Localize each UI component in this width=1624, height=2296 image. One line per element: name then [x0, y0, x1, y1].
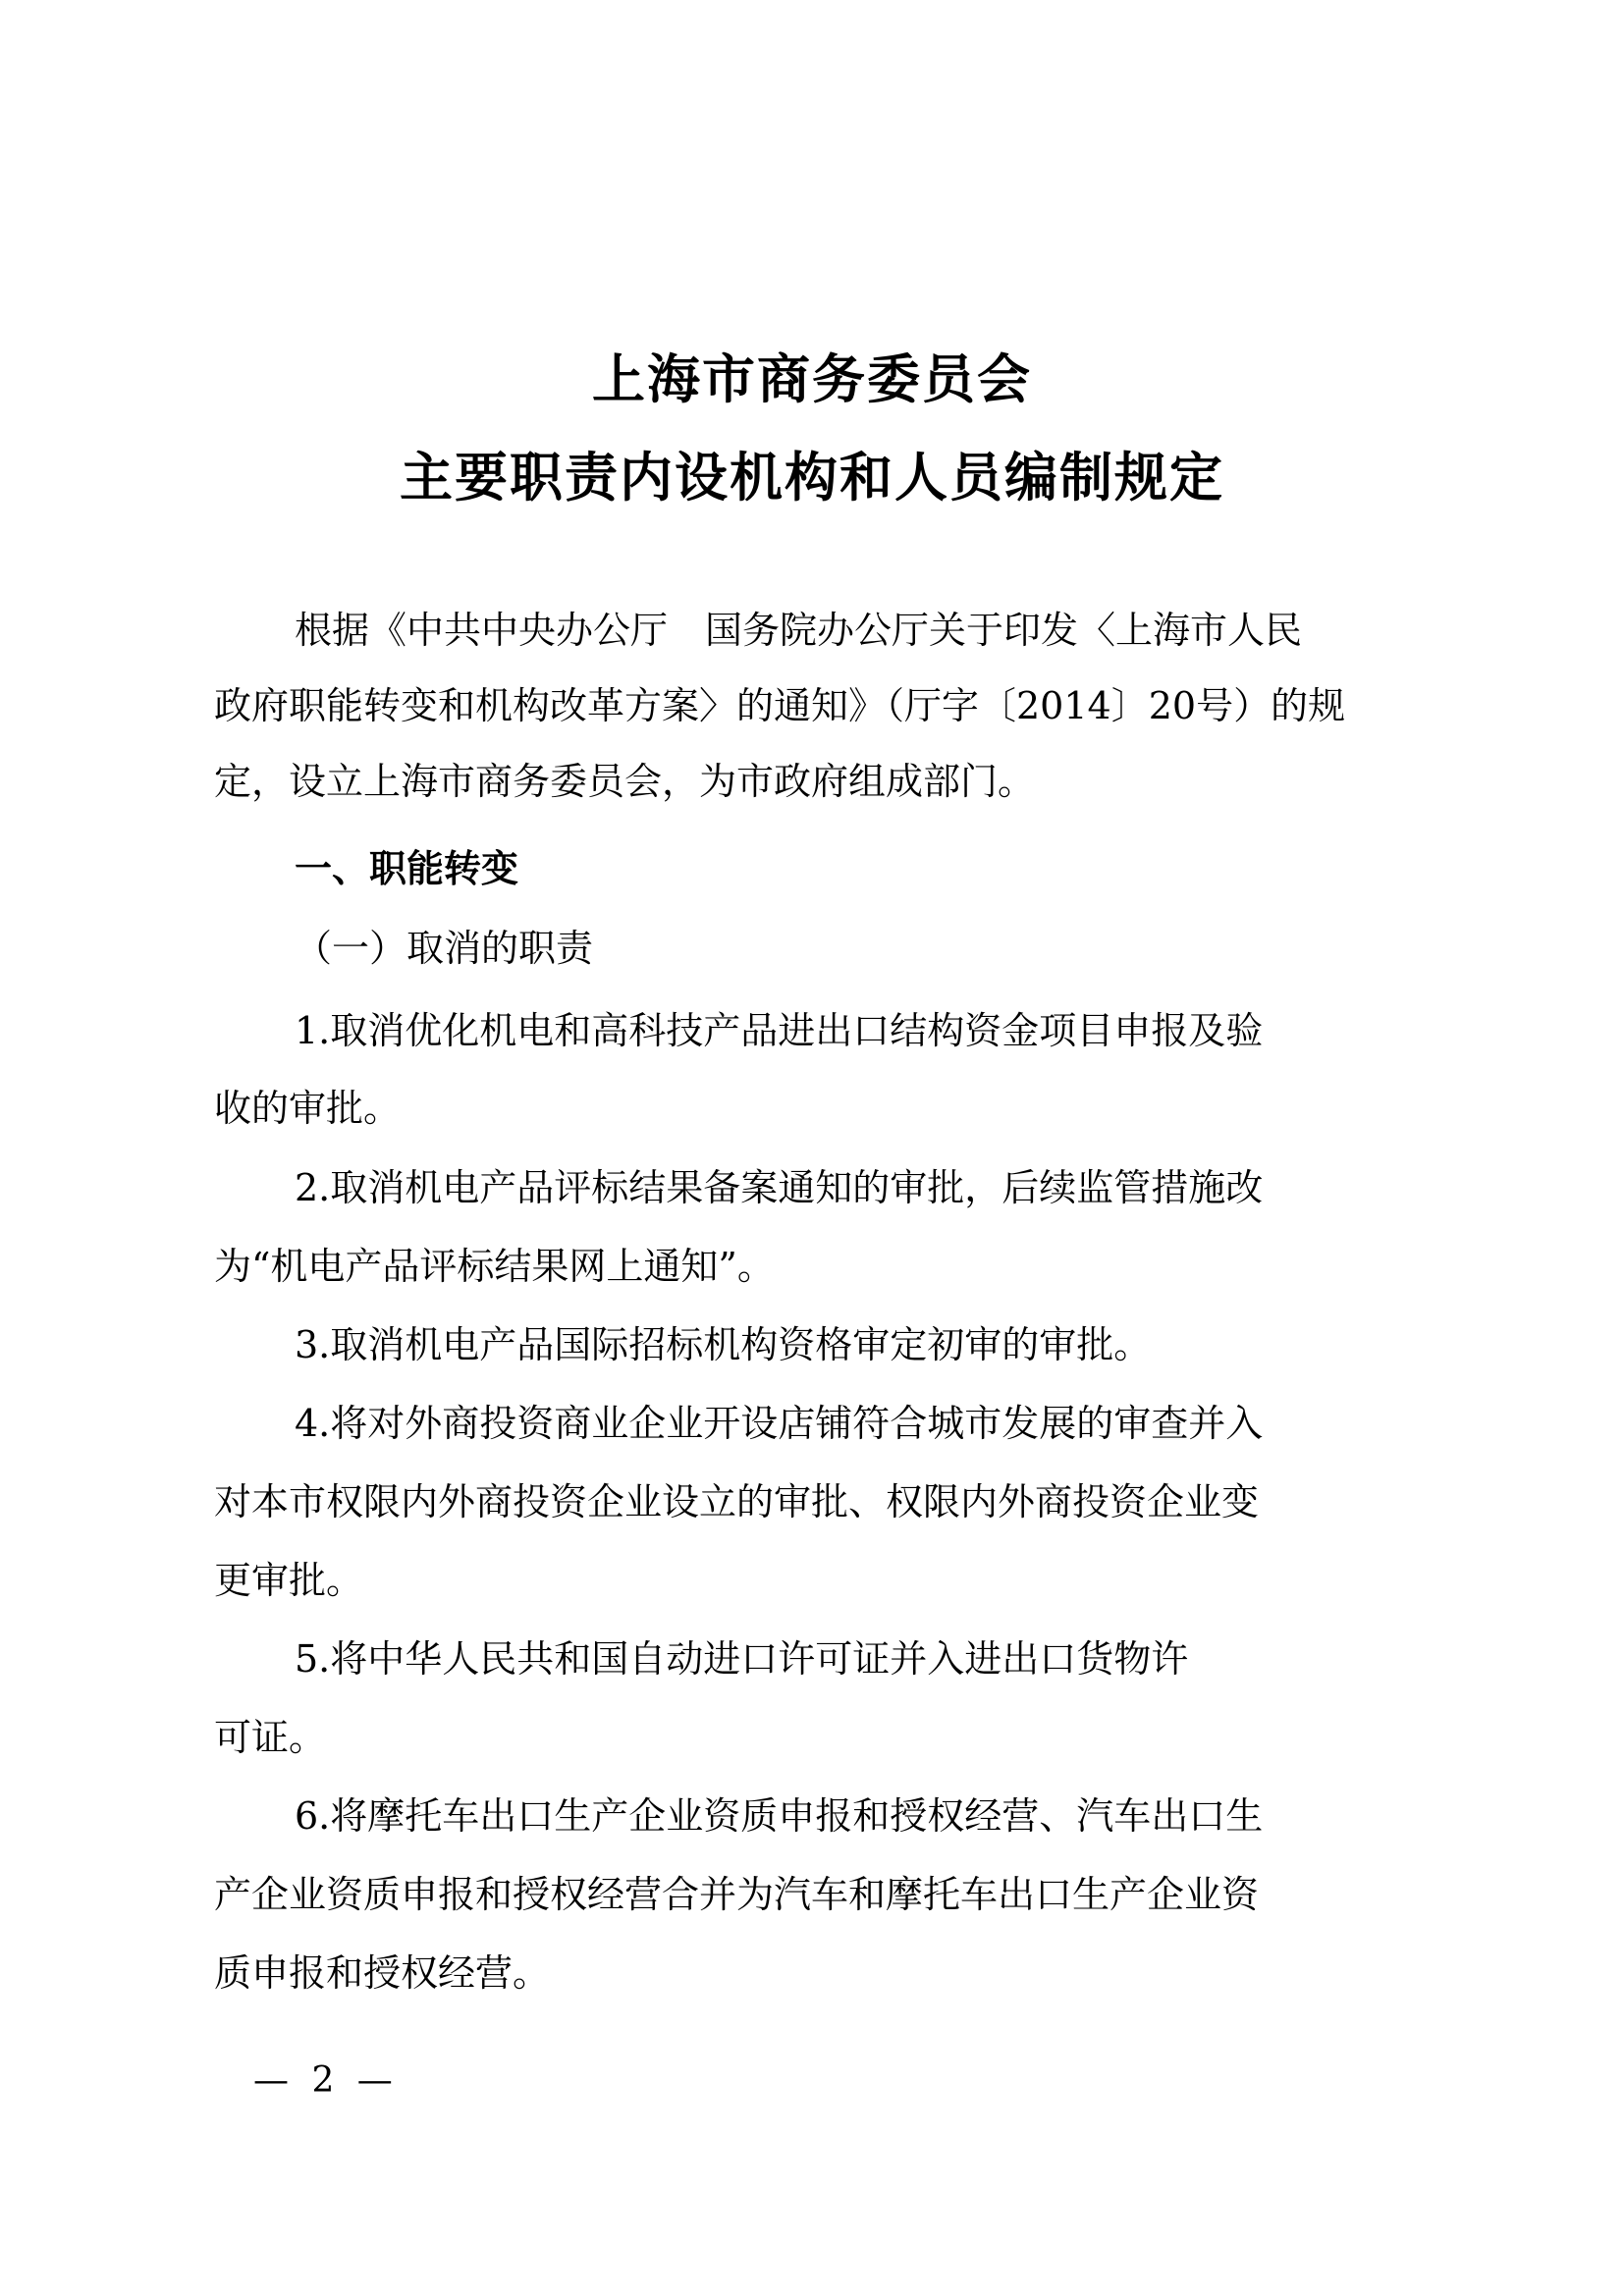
list-item-4-line1: 4.将对外商投资商业企业开设店铺符合城市发展的审查并入 — [295, 1402, 1263, 1445]
document-title-line1: 上海市商务委员会 — [0, 349, 1624, 408]
intro-paragraph-line2: 政府职能转变和机构改革方案〉的通知》（厅字〔2014〕20号）的规 — [214, 684, 1409, 727]
intro-paragraph-line1: 根据《中共中央办公厅 国务院办公厅关于印发〈上海市人民 — [295, 609, 1409, 652]
list-item-6-line1: 6.将摩托车出口生产企业资质申报和授权经营、汽车出口生 — [295, 1794, 1263, 1838]
list-item-5-line1: 5.将中华人民共和国自动进口许可证并入进出口货物许 — [295, 1637, 1188, 1681]
document-page: 上海市商务委员会 主要职责内设机构和人员编制规定 根据《中共中央办公厅 国务院办… — [0, 0, 1624, 2296]
list-item-3-line1: 3.取消机电产品国际招标机构资格审定初审的审批。 — [295, 1323, 1151, 1366]
list-item-2-line2: 为“机电产品评标结果网上通知”。 — [214, 1245, 775, 1288]
list-item-5-line2: 可证。 — [214, 1716, 326, 1759]
page-number: — 2 — — [253, 2059, 399, 2103]
list-item-4-line2: 对本市权限内外商投资企业设立的审批、权限内外商投资企业变 — [214, 1480, 1259, 1523]
document-title-line2: 主要职责内设机构和人员编制规定 — [0, 448, 1624, 507]
intro-paragraph-line3: 定，设立上海市商务委员会，为市政府组成部门。 — [214, 760, 1035, 803]
list-item-6-line2: 产企业资质申报和授权经营合并为汽车和摩托车出口生产企业资 — [214, 1873, 1259, 1916]
subsection-heading: （一）取消的职责 — [295, 927, 593, 970]
list-item-6-line3: 质申报和授权经营。 — [214, 1951, 550, 1995]
list-item-4-line3: 更审批。 — [214, 1559, 363, 1602]
list-item-2-line1: 2.取消机电产品评标结果备案通知的审批，后续监管措施改 — [295, 1166, 1263, 1209]
list-item-1-line1: 1.取消优化机电和高科技产品进出口结构资金项目申报及验 — [295, 1009, 1263, 1052]
section-heading: 一、职能转变 — [295, 847, 518, 890]
list-item-1-line2: 收的审批。 — [214, 1087, 401, 1130]
